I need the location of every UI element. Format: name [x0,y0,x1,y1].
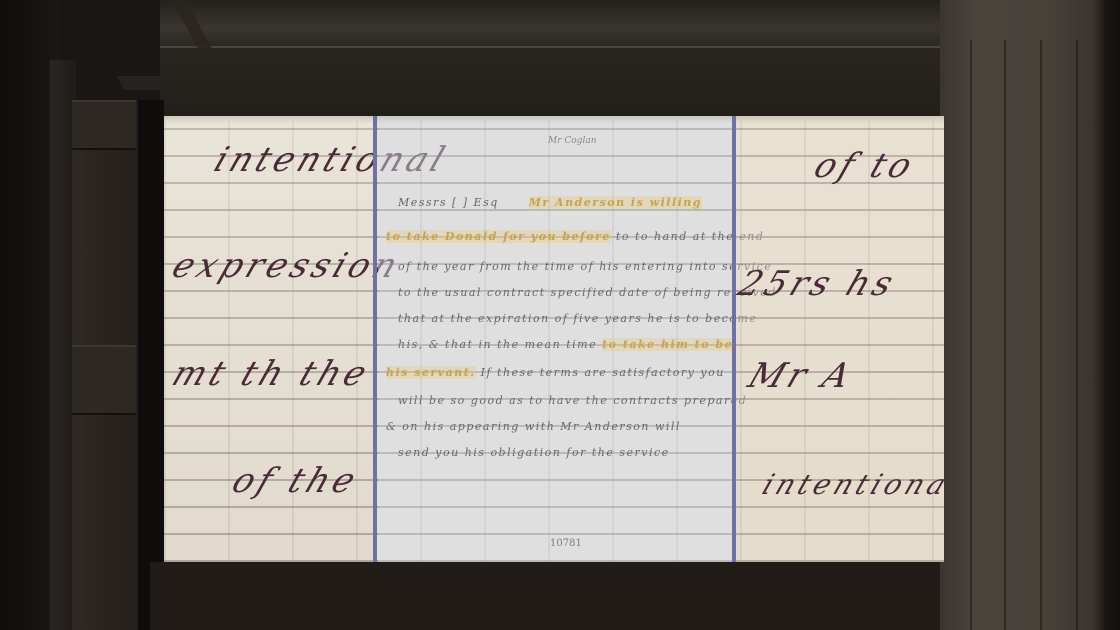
script-fragment: mt th the [167,354,376,394]
highlighted-text: Mr Anderson is willing [529,196,702,209]
line-text: If these terms are satisfactory you [481,366,725,379]
plank-line [1004,40,1006,630]
letter-line-5: that at the expiration of five years he … [398,312,757,325]
script-fragment: of the [227,461,365,501]
floor-shadow [150,562,940,630]
divider-line-left [373,116,377,562]
door-panel-middle [72,345,136,415]
line-text: his, & that in the mean time [398,338,597,351]
letter-line-1: Messrs [ ] Esq Mr Anderson is willing [398,196,702,209]
highlighted-text: to take him to be [602,338,733,351]
letter-line-9: & on his appearing with Mr Anderson will [386,420,681,433]
center-letter-panel: Mr Coglan Messrs [ ] Esq Mr Anderson is … [378,116,732,562]
right-panel: of to 25rs hs Mr A intentional [736,116,944,562]
letter-line-4: to the usual contract specified date of … [398,286,777,299]
highlighted-text: his servant. [386,366,476,379]
plank-line [970,40,972,630]
projected-letter: intentional expression mt th the of the … [164,116,944,562]
left-panel: intentional expression mt th the of the [164,116,374,562]
letter-line-3: of the year from the time of his enterin… [398,260,772,273]
plank-line [1040,40,1042,630]
door-panel-top [72,100,136,150]
letter-line-6: his, & that in the mean time to take him… [398,338,733,351]
plank-line [1076,40,1078,630]
letter-line-10: send you his obligation for the service [398,446,670,459]
ceiling-beam [160,0,1010,48]
left-shadow [138,100,164,630]
script-fragment: intentional [758,468,944,501]
folio-number: 10781 [550,538,582,549]
script-fragment: Mr A [743,356,860,396]
highlighted-text: to take Donald for you before [386,230,611,243]
right-wall-panelling [940,0,1120,630]
letter-heading: Mr Coglan [548,136,597,146]
letter-line-8: will be so good as to have the contracts… [398,394,747,407]
letter-line-7: his servant. If these terms are satisfac… [386,366,725,379]
script-fragment: expression [167,246,407,286]
lintel-wall [160,48,950,116]
letter-line-2: to take Donald for you before to to hand… [386,230,764,243]
line-text: Messrs [ ] Esq [398,196,499,209]
script-fragment: of to [809,146,922,186]
script-fragment: 25rs hs [733,264,903,304]
